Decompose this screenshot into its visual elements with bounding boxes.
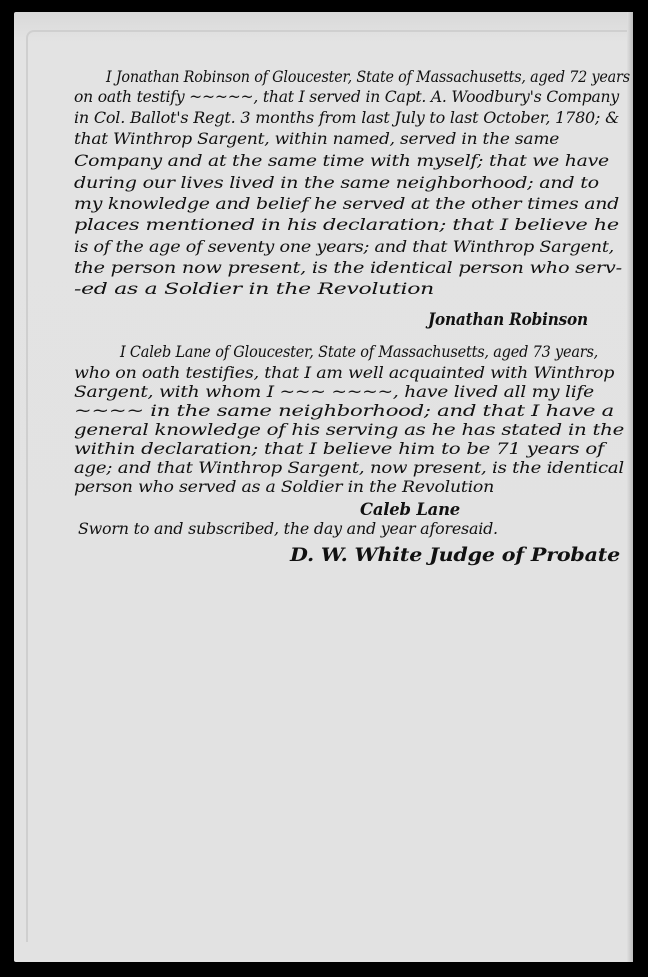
affidavit-1-line-2: on oath testify ~~~~~, that I served in … [74,88,619,106]
affidavit-1-line-4: that Winthrop Sargent, within named, ser… [74,130,559,148]
affidavit-1-line-9: is of the age of seventy one years; and … [74,238,614,256]
signature-caleb-lane: Caleb Lane [360,500,460,520]
affidavit-2-line-6: within declaration; that I believe him t… [74,440,604,458]
affidavit-2-line-8: person who served as a Soldier in the Re… [74,478,494,496]
affidavit-2-line-7: age; and that Winthrop Sargent, now pres… [74,459,624,477]
signature-jonathan-robinson: Jonathan Robinson [428,310,588,330]
affidavit-1-line-3: in Col. Ballot's Regt. 3 months from las… [74,109,619,127]
affidavit-1-line-1: I Jonathan Robinson of Gloucester, State… [106,68,630,86]
affidavit-1-line-11: -ed as a Soldier in the Revolution [74,280,434,298]
jurat-statement: Sworn to and subscribed, the day and yea… [78,520,498,538]
affidavit-1-line-7: my knowledge and belief he served at the… [74,195,619,213]
affidavit-1-line-8: places mentioned in his declaration; tha… [74,216,619,234]
affidavit-1-line-6: during our lives lived in the same neigh… [74,174,599,192]
affidavit-1-line-10: the person now present, is the identical… [74,259,622,277]
affidavit-2-line-4: ~~~~ in the same neighborhood; and that … [74,402,614,420]
page-edge-shadow [627,12,633,962]
signature-judge-of-probate: D. W. White Judge of Probate [290,544,620,566]
affidavit-2-line-1: I Caleb Lane of Gloucester, State of Mas… [120,343,598,361]
affidavit-2-line-3: Sargent, with whom I ~~~ ~~~~, have live… [74,383,594,401]
affidavit-1-line-5: Company and at the same time with myself… [74,152,609,170]
affidavit-2-line-2: who on oath testifies, that I am well ac… [74,364,614,382]
affidavit-2-line-5: general knowledge of his serving as he h… [74,421,624,439]
